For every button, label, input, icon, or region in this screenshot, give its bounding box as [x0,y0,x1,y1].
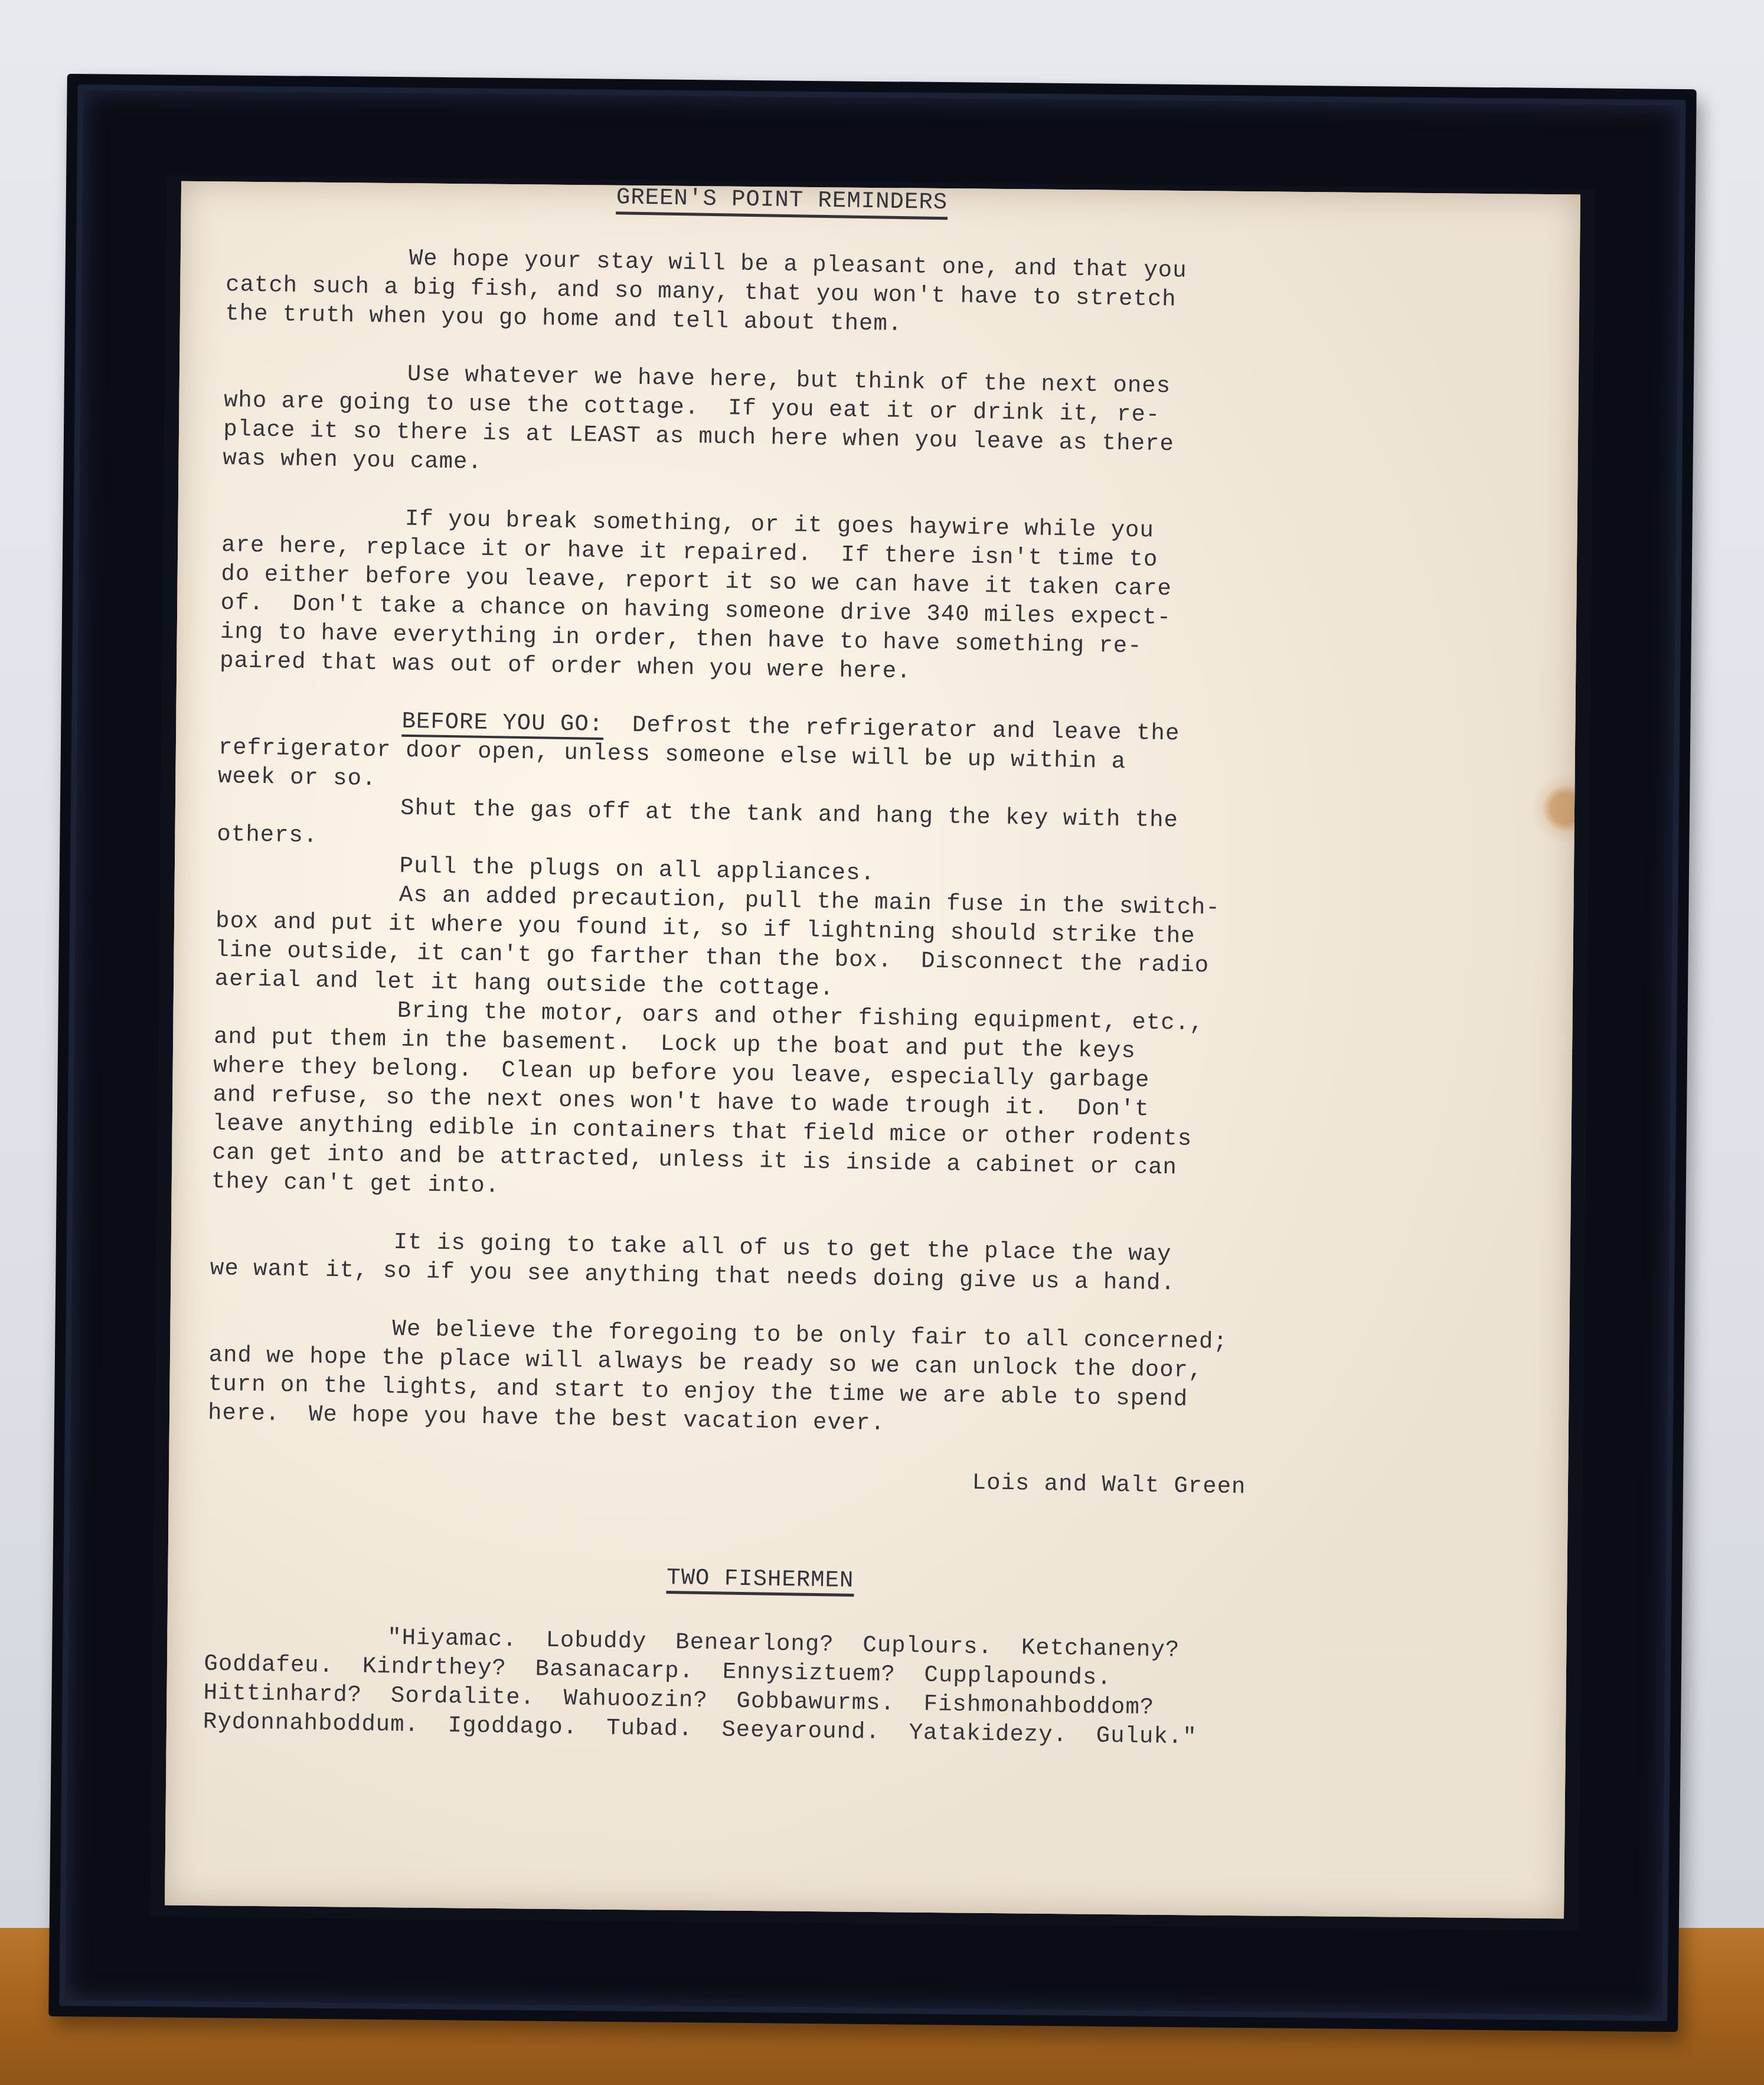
two-fishermen-title: TWO FISHERMEN [205,1557,1316,1603]
paragraph-welcome: We hope your stay will be a pleasant one… [225,242,1336,346]
signature: Lois and Walt Green [207,1457,1317,1503]
paragraph-use-whatever: Use whatever we have here, but think of … [223,357,1334,491]
paragraph-foregoing: We believe the foregoing to be only fair… [208,1312,1319,1446]
before-you-go-heading: BEFORE YOU GO: [401,709,603,740]
section-before-you-go: BEFORE YOU GO: Defrost the refrigerator … [211,704,1329,1213]
two-fishermen-text: "Hiyamac. Lobuddy Benearlong? Cuplours. … [203,1621,1315,1754]
paragraph-all-of-us: It is going to take all of us to get the… [210,1225,1321,1301]
paragraph-break-something: If you break something, or it goes haywi… [220,502,1332,693]
document-text: GREEN'S POINT REMINDERS We hope your sta… [202,177,1337,1783]
